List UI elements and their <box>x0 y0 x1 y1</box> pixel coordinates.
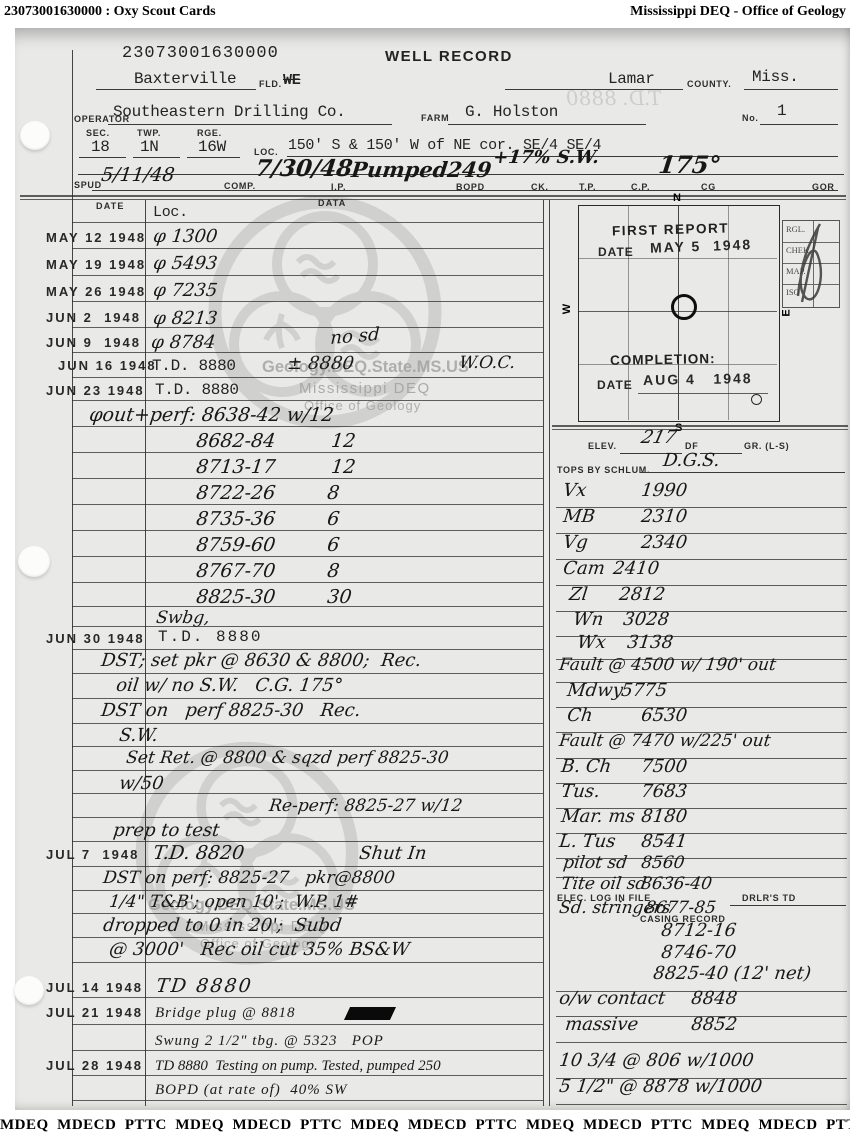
sec-value: 18 <box>91 138 110 156</box>
formation-depth: 3028 <box>622 609 670 630</box>
formation-name: MB <box>562 506 596 527</box>
rule-line <box>72 452 543 453</box>
rule-line <box>72 817 543 818</box>
log-entry: oil w/ no S.W. C.G. 175° <box>115 675 344 696</box>
formation-depth: 8746-70 <box>660 942 737 963</box>
log-entry-note: Shut In <box>358 843 428 864</box>
log-date-stamp: MAY 12 1948 <box>46 230 146 245</box>
rule-line <box>72 723 543 724</box>
rule-line <box>72 530 543 531</box>
well-record-card: { "browser_header": { "left": "230730016… <box>0 0 850 1137</box>
fault-note: Fault @ 7470 w/225' out <box>558 731 772 751</box>
log-entry: ± 8880 <box>286 353 355 374</box>
formation-depth: 2410 <box>612 558 660 579</box>
rule-line <box>72 275 543 276</box>
twp-value: 1N <box>140 138 159 156</box>
gr-label: GR. (L-S) <box>744 441 789 451</box>
formation-top-row: Ch6530 <box>556 707 847 733</box>
completion-underline <box>638 393 768 394</box>
log-date-stamp: MAY 19 1948 <box>46 257 146 272</box>
log-entry: φ 8784 <box>150 332 217 353</box>
formation-depth: 8541 <box>640 831 688 852</box>
plat-west-label: W <box>561 304 573 314</box>
right-section-divider <box>552 429 848 430</box>
perf-range: 8722-26 <box>195 482 277 504</box>
header-left-title: 23073001630000 : Oxy Scout Cards <box>4 4 216 20</box>
tops-by-schlum-label: TOPS BY SCHLUM. <box>557 465 650 475</box>
formation-name: Ch <box>566 705 594 726</box>
well-api-number: 23073001630000 <box>122 44 279 63</box>
log-entry: w/50 <box>118 773 165 794</box>
twp-label: TWP. <box>137 128 161 138</box>
log-entry: φout+perf: 8638-42 w/12 <box>88 404 335 426</box>
sec-label: SEC. <box>86 128 110 138</box>
log-entry: Swung 2 1/2" tbg. @ 5323 POP <box>155 1033 384 1050</box>
formation-depth: 8825-40 (12' net) <box>652 963 812 984</box>
operator-name: Southeastern Drilling Co. <box>113 103 346 121</box>
perf-range: 8682-84 <box>195 430 277 452</box>
first-report-stamp: FIRST REPORT <box>612 220 729 238</box>
formation-name: Tus. <box>560 781 601 802</box>
formation-name: Wn <box>572 609 605 630</box>
first-report-date-label: DATE <box>598 245 634 259</box>
rule-line <box>72 866 543 867</box>
contact-name: massive <box>564 1014 639 1035</box>
log-entry: dropped to 0 in 20'; Subd <box>102 915 343 936</box>
formation-depth: 7500 <box>640 756 688 777</box>
footer-org-codes: MDEQ MDECD PTTC MDEQ MDECD PTTC MDEQ MDE… <box>0 1111 850 1134</box>
plat-offset-well-symbol <box>751 394 762 405</box>
data-column-header: DATA <box>318 198 346 208</box>
page-header-bar: 23073001630000 : Oxy Scout Cards Mississ… <box>0 0 850 27</box>
rule-line <box>72 248 543 249</box>
log-date-stamp: JUL 28 1948 <box>46 1058 143 1073</box>
well-no-label: No. <box>742 113 759 123</box>
log-entry: T.D. 8820 <box>152 842 246 864</box>
underline <box>133 157 180 158</box>
underline <box>640 472 845 473</box>
card-title: WELL RECORD <box>385 48 513 65</box>
rule-line <box>72 222 543 223</box>
rule-line <box>72 478 543 479</box>
log-entry: φ 5493 <box>152 253 219 274</box>
log-date-stamp: JUN 23 1948 <box>46 383 145 398</box>
table-left-border <box>72 50 73 1106</box>
formation-name: Vx <box>562 480 588 501</box>
farm-label: FARM <box>421 113 449 123</box>
check-scribble <box>782 218 840 310</box>
section-divider-line <box>20 199 846 200</box>
formation-top-row: Cam2410 <box>556 560 847 586</box>
log-entry: 1/4" T&B'; open 10'; W.P. 1# <box>108 892 360 912</box>
formation-depth: 2812 <box>618 584 666 605</box>
log-entry-typed: T.D. 8880 <box>152 357 236 375</box>
rule-line <box>72 582 543 583</box>
log-entry: Set Ret. @ 8800 & sqzd perf 8825-30 <box>125 748 450 768</box>
log-entry: DST; set pkr @ 8630 & 8800; Rec. <box>100 650 422 671</box>
underline <box>79 157 126 158</box>
formation-name: Wx <box>576 632 607 653</box>
completion-date-label: DATE <box>597 378 633 392</box>
casing-string: 5 1/2" @ 8878 w/1000 <box>558 1076 763 1097</box>
perf-count: 12 <box>330 430 357 452</box>
log-date-stamp: JUL 21 1948 <box>46 1005 143 1020</box>
log-entry: TD 8880 Testing on pump. Tested, pumped … <box>155 1058 441 1075</box>
rge-value: 16W <box>198 138 226 156</box>
formation-top-row: Mdwy5775 <box>556 682 847 708</box>
perf-range: 8825-30 <box>195 586 277 608</box>
field-name: Baxterville <box>134 70 236 88</box>
formation-name: Vg <box>562 532 589 553</box>
perf-range: 8735-36 <box>195 508 277 530</box>
state-name: Miss. <box>752 68 799 86</box>
formation-depth: 5775 <box>620 680 668 701</box>
underline <box>448 124 646 125</box>
hole-punch <box>20 121 50 150</box>
underline <box>744 89 838 90</box>
right-section-divider <box>552 425 848 427</box>
rule-line <box>72 1075 543 1076</box>
log-entry: TD 8880 <box>155 975 254 997</box>
log-entry: @ 3000' Rec oil cut 35% BS&W <box>108 939 411 960</box>
log-entry: φ 1300 <box>152 226 219 247</box>
rule-line <box>72 426 543 427</box>
page-footer-bar: MDEQ MDECD PTTC MDEQ MDECD PTTC MDEQ MDE… <box>0 1111 850 1137</box>
rule-line <box>72 746 543 747</box>
rule-line <box>72 377 543 378</box>
formation-depth: 7683 <box>640 781 688 802</box>
well-no-value: 1 <box>777 102 786 120</box>
log-entry: DST on perf: 8825-27 pkr@8800 <box>102 868 396 888</box>
elev-value: 217 <box>639 427 679 448</box>
log-entry-typed: T.D. 8880 <box>158 628 262 646</box>
rule-line <box>72 504 543 505</box>
underline <box>187 157 240 158</box>
loc-subheader: Loc. <box>153 204 188 221</box>
spud-date: 5/11/48 <box>100 164 176 186</box>
log-date-stamp: JUL 7 1948 <box>46 847 139 862</box>
log-date-stamp: MAY 26 1948 <box>46 284 146 299</box>
county-label: COUNTY. <box>687 79 731 89</box>
cp-value: 175° <box>657 150 723 179</box>
rule-line <box>72 400 543 401</box>
formation-depth: 2310 <box>640 506 688 527</box>
rule-line <box>72 327 543 328</box>
rule-line <box>72 962 543 963</box>
plat-well-symbol <box>671 294 697 320</box>
formation-name: Tite oil sd <box>560 874 648 894</box>
log-date-stamp: JUN 16 1948 <box>58 358 157 373</box>
perf-range: 8713-17 <box>195 456 277 478</box>
ip-value: Pumped249 <box>350 157 493 182</box>
formation-name: L. Tus <box>558 831 617 852</box>
elev-label: ELEV. <box>588 441 617 451</box>
log-entry: Swbg, <box>155 608 211 628</box>
rge-label: RGE. <box>197 128 222 138</box>
formation-top-row: MB2310 <box>556 508 847 534</box>
spud-label: SPUD <box>74 180 102 190</box>
county-name: Lamar <box>608 70 655 88</box>
contact-depth: 8852 <box>690 1014 738 1035</box>
casing-row: 10 3/4 @ 806 w/1000 <box>556 1052 847 1079</box>
header-right-title: Mississippi DEQ - Office of Geology <box>630 4 846 20</box>
rule-line <box>72 698 543 699</box>
log-date-stamp: JUL 14 1948 <box>46 980 143 995</box>
rule-line <box>72 606 543 607</box>
log-entry-note: W.O.C. <box>458 353 517 373</box>
rule-line <box>72 913 543 914</box>
rule-line <box>72 626 543 627</box>
formation-name: Cam <box>562 558 606 579</box>
formation-name: Mar. ms <box>560 806 636 827</box>
log-entry-note: no sd <box>330 324 380 349</box>
rule-line <box>72 770 543 771</box>
formation-top-row: o/w contact8848 <box>556 990 847 1017</box>
completion-stamp: COMPLETION: <box>610 351 716 368</box>
casing-string: 10 3/4 @ 806 w/1000 <box>558 1050 755 1071</box>
casing-row: 5 1/2" @ 8878 w/1000 <box>556 1078 847 1105</box>
rule-line <box>72 841 543 842</box>
log-date-stamp: JUN 2 1948 <box>46 310 141 325</box>
log-entry: Re-perf: 8825-27 w/12 <box>268 796 464 816</box>
watermark-line1: Mississippi DEQ <box>299 380 431 397</box>
hole-punch <box>18 546 50 577</box>
date-column-header: DATE <box>96 201 125 211</box>
completion-date: AUG 4 1948 <box>643 370 753 388</box>
underline <box>108 124 392 125</box>
log-entry-typed: T.D. 8880 <box>155 381 239 399</box>
formation-top-row: Vg2340 <box>556 534 847 560</box>
formation-depth: 8180 <box>640 806 688 827</box>
plat-east-label: E <box>781 309 793 316</box>
log-date-stamp: JUN 30 1948 <box>46 631 145 646</box>
formation-depth: 8636-40 <box>640 874 713 894</box>
underline <box>505 89 683 90</box>
formation-top-row: Vx1990 <box>556 482 847 508</box>
column-separator <box>543 200 544 1106</box>
log-entry: prep to test <box>112 820 221 841</box>
rule-line <box>72 673 543 674</box>
formation-name: Zl <box>568 584 589 605</box>
formation-depth: 8560 <box>640 853 686 873</box>
redaction-mark <box>344 1007 396 1020</box>
perf-range: 8759-60 <box>195 534 277 556</box>
fault-note: Fault @ 4500 w/ 190' out <box>558 655 777 675</box>
rule-line <box>72 1050 543 1051</box>
hole-punch <box>14 976 44 1005</box>
perf-range: 8767-70 <box>195 560 277 582</box>
field-label: FLD. <box>259 79 282 89</box>
tops-by-schlum-value: D.G.S. <box>662 450 721 471</box>
log-entry: DST on perf 8825-30 Rec. <box>100 700 362 721</box>
comp-date: 7/30/48 <box>254 155 354 182</box>
log-date-stamp: JUN 9 1948 <box>46 335 141 350</box>
formation-name: Mdwy <box>566 680 624 701</box>
formation-name: B. Ch <box>560 756 613 777</box>
underline <box>96 89 256 90</box>
column-separator <box>549 200 550 1106</box>
rule-line <box>72 937 543 938</box>
contact-name: o/w contact <box>558 988 666 1009</box>
formation-depth: 1990 <box>640 480 688 501</box>
loc-handwritten-note: +17% S.W. <box>492 147 600 168</box>
rule-line <box>72 1100 543 1101</box>
underline <box>92 190 838 191</box>
formation-top-row: massive8852 <box>556 1016 847 1043</box>
log-entry: S.W. <box>118 725 159 746</box>
rule-line <box>72 1024 543 1025</box>
log-entry: BOPD (at rate of) 40% SW <box>155 1082 347 1099</box>
log-entry: Bridge plug @ 8818 <box>155 1005 296 1022</box>
section-divider-line <box>20 195 846 197</box>
formation-depth: 6530 <box>640 705 688 726</box>
plat-north-label: N <box>673 192 681 204</box>
formation-depth: 8712-16 <box>660 920 737 941</box>
contact-depth: 8848 <box>690 988 738 1009</box>
log-entry: φ 8213 <box>152 308 219 329</box>
formation-depth: 2340 <box>640 532 688 553</box>
formation-name: pilot sd <box>562 853 628 873</box>
log-entry: φ 7235 <box>152 280 219 301</box>
field-struck-text: WE <box>283 72 300 89</box>
rule-line <box>72 556 543 557</box>
underline <box>760 124 838 125</box>
rule-line <box>72 301 543 302</box>
perf-count: 30 <box>326 586 353 608</box>
farm-name: G. Holston <box>465 103 558 121</box>
rule-line <box>72 890 543 891</box>
perf-count: 12 <box>330 456 357 478</box>
formation-depth: 3138 <box>626 632 674 653</box>
rule-line <box>72 997 543 998</box>
